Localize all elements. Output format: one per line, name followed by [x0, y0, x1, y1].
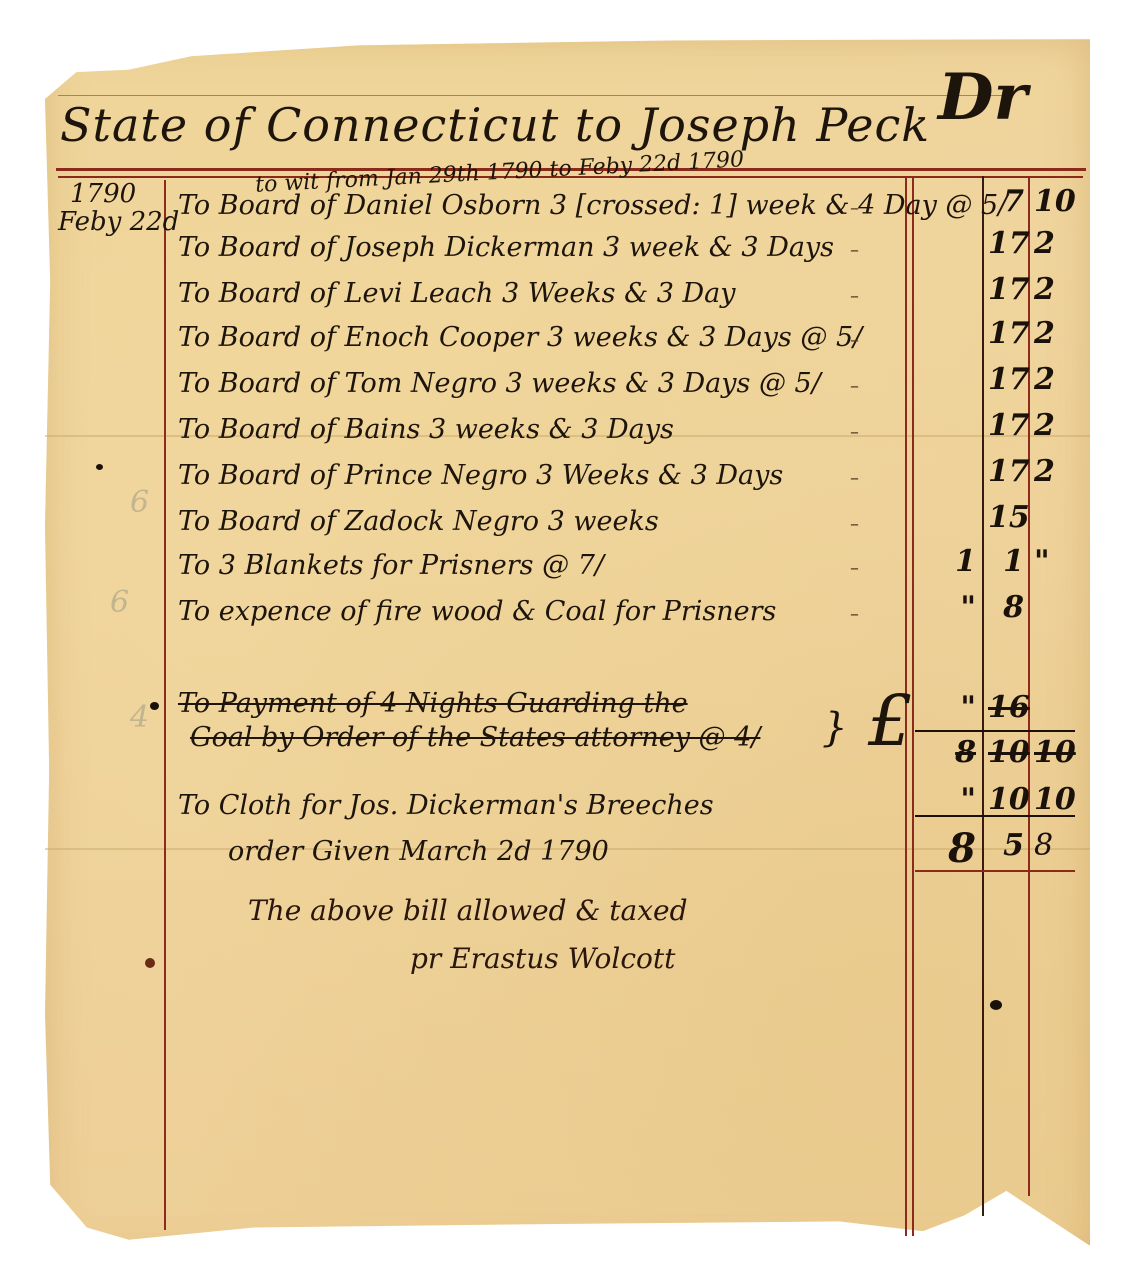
leader-dash: – — [850, 240, 859, 261]
ink-stain — [145, 958, 155, 968]
margin-rule — [164, 180, 166, 1230]
entry-pence: 2 — [1034, 408, 1078, 443]
entry-text: To Board of Prince Negro 3 Weeks & 3 Day… — [178, 460, 783, 491]
entry-text: To Board of Tom Negro 3 weeks & 3 Days @… — [178, 368, 821, 399]
pencil-mark: 4 — [130, 700, 149, 735]
entry-shillings: 17 — [988, 226, 1024, 261]
entry-shillings: 8 — [988, 590, 1024, 625]
entry-text: To Board of Bains 3 weeks & 3 Days — [178, 414, 674, 445]
leader-dash: – — [850, 376, 859, 397]
pencil-mark: 6 — [130, 485, 149, 520]
leader-dash: – — [850, 330, 859, 351]
subtotal-shillings: 10 — [988, 735, 1024, 770]
entry-text: To Board of Zadock Negro 3 weeks — [178, 506, 659, 537]
added-pounds: " — [918, 782, 976, 817]
date-block: 1790 Feby 22d — [58, 180, 179, 236]
struck-shillings: 16 — [988, 690, 1024, 725]
ink-dot — [150, 702, 159, 710]
entry-pence: " — [1034, 544, 1078, 579]
entry-pounds: 1 — [918, 544, 976, 579]
total-pounds: 8 — [918, 825, 976, 872]
top-guide-line — [58, 95, 1008, 96]
leader-dash: – — [850, 604, 859, 625]
ink-dot — [96, 464, 103, 470]
pencil-mark: 6 — [110, 585, 129, 620]
entry-pence: 2 — [1034, 226, 1078, 261]
entry-shillings: 15 — [988, 500, 1024, 535]
entry-shillings: 17 — [988, 454, 1024, 489]
ink-blot — [990, 1000, 1002, 1010]
added-pence: 10 — [1034, 782, 1078, 817]
approval-signature: pr Erastus Wolcott — [410, 942, 675, 975]
total-rule — [915, 815, 1075, 817]
entry-shillings: 17 — [988, 272, 1024, 307]
pound-sign: £ — [868, 680, 913, 762]
leader-dash: – — [850, 514, 859, 535]
entry-text: To Board of Levi Leach 3 Weeks & 3 Day — [178, 278, 735, 309]
added-entry-line1: To Cloth for Jos. Dickerman's Breeches — [178, 790, 714, 821]
entry-pounds: " — [918, 590, 976, 625]
total-underline — [915, 870, 1075, 872]
entry-shillings: 7 — [988, 184, 1024, 219]
date-year: 1790 — [58, 180, 179, 208]
approval-statement: The above bill allowed & taxed — [248, 894, 688, 927]
entry-shillings: 17 — [988, 362, 1024, 397]
total-pence: 8 — [1034, 828, 1078, 863]
leader-dash: – — [850, 468, 859, 489]
entry-pence: 2 — [1034, 272, 1078, 307]
entry-pence: 2 — [1034, 362, 1078, 397]
leader-dash: – — [850, 558, 859, 579]
entry-text: To Board of Daniel Osborn 3 [crossed: 1]… — [178, 190, 1007, 221]
entry-pence: 10 — [1034, 184, 1078, 219]
entry-shillings: 17 — [988, 408, 1024, 443]
entry-text: To Board of Joseph Dickerman 3 week & 3 … — [178, 232, 834, 263]
total-shillings: 5 — [988, 828, 1024, 863]
entry-pence: 2 — [1034, 454, 1078, 489]
entry-shillings: 1 — [988, 544, 1024, 579]
entry-text: To expence of fire wood & Coal for Prisn… — [178, 596, 776, 627]
entry-text: To 3 Blankets for Prisners @ 7/ — [178, 550, 604, 581]
subtotal-rule — [915, 730, 1075, 732]
struck-entry-line1: To Payment of 4 Nights Guarding the — [178, 688, 688, 719]
struck-entry-line2: Goal by Order of the States attorney @ 4… — [190, 722, 760, 753]
date-day: Feby 22d — [58, 208, 179, 236]
leader-dash: – — [850, 286, 859, 307]
document-title: State of Connecticut to Joseph Peck — [60, 98, 930, 152]
added-shillings: 10 — [988, 782, 1024, 817]
leader-dash: – — [850, 422, 859, 443]
entry-shillings: 17 — [988, 316, 1024, 351]
column-rule — [982, 176, 984, 1216]
subtotal-pounds: 8 — [918, 735, 976, 770]
debit-mark: Dr — [938, 60, 1027, 135]
brace-mark: } — [822, 705, 847, 751]
struck-pounds: " — [918, 690, 976, 725]
entry-text: To Board of Enoch Cooper 3 weeks & 3 Day… — [178, 322, 862, 353]
paper-sheet — [45, 38, 1090, 1258]
entry-pence: 2 — [1034, 316, 1078, 351]
leader-dash: – — [850, 198, 859, 219]
subtotal-pence: 10 — [1034, 735, 1078, 770]
added-entry-line2: order Given March 2d 1790 — [228, 836, 609, 867]
